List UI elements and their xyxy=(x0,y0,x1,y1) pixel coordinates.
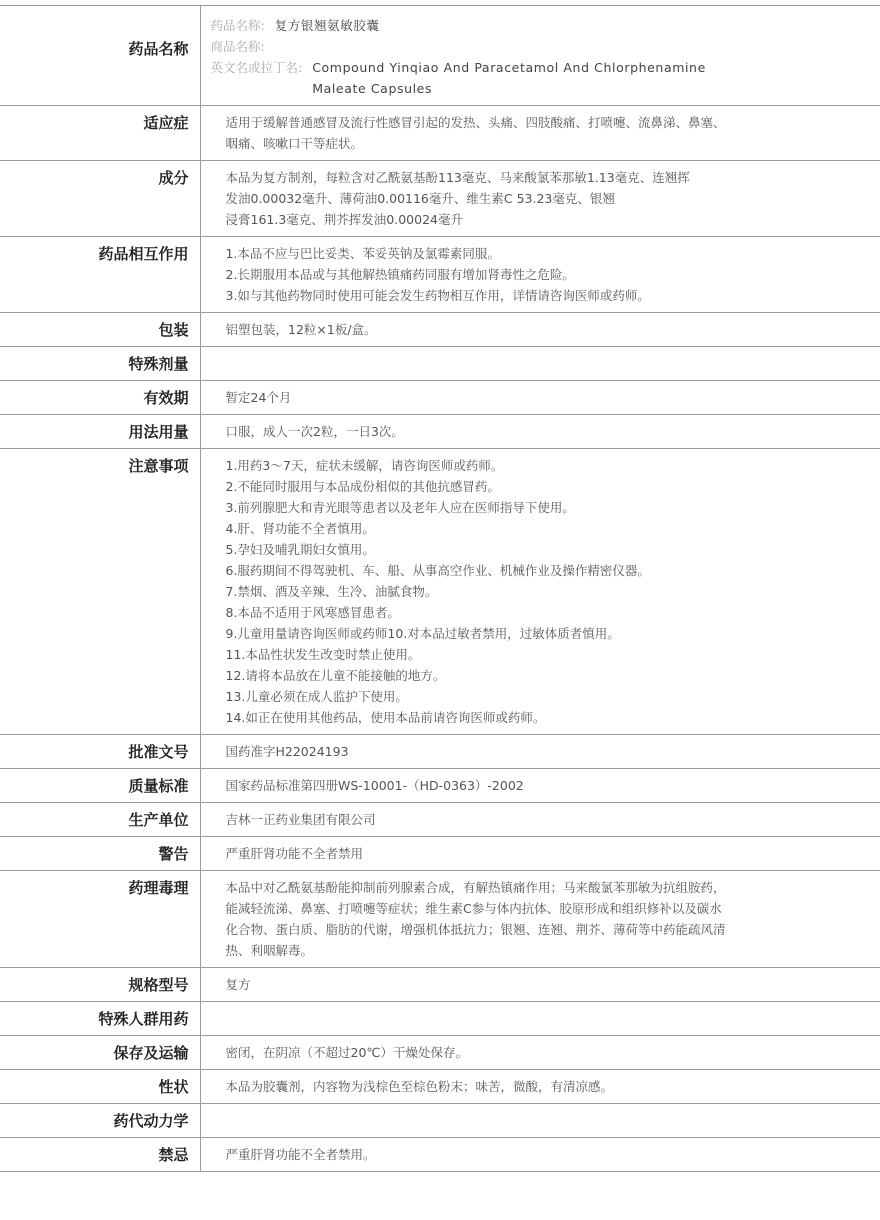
row-value: 1.本品不应与巴比妥类、苯妥英钠及氯霉素同服。2.长期服用本品或与其他解热镇痛药… xyxy=(200,237,880,313)
value-line: 咽痛、咳嗽口干等症状。 xyxy=(226,133,857,154)
row-label: 包装 xyxy=(0,313,200,347)
value-line: 口服，成人一次2粒，一日3次。 xyxy=(226,421,857,442)
table-row: 注意事项1.用药3～7天，症状未缓解，请咨询医师或药师。2.不能同时服用与本品成… xyxy=(0,449,880,735)
value-line: 8.本品不适用于风寒感冒患者。 xyxy=(226,602,857,623)
english-name-value: Compound Yinqiao And Paracetamol And Chl… xyxy=(302,57,732,99)
generic-name-value: 复方银翘氨敏胶囊 xyxy=(265,15,380,36)
trade-name-line: 商品名称: xyxy=(211,36,857,57)
row-label: 适应症 xyxy=(0,106,200,161)
row-label: 批准文号 xyxy=(0,735,200,769)
value-line: 6.服药期间不得驾驶机、车、船、从事高空作业、机械作业及操作精密仪器。 xyxy=(226,560,857,581)
table-row: 特殊人群用药 xyxy=(0,1002,880,1036)
table-row-drug-name: 药品名称 药品名称: 复方银翘氨敏胶囊 商品名称: 英文名或拉丁名: Compo… xyxy=(0,6,880,106)
table-row: 警告严重肝肾功能不全者禁用 xyxy=(0,837,880,871)
table-row: 用法用量口服，成人一次2粒，一日3次。 xyxy=(0,415,880,449)
row-label: 成分 xyxy=(0,161,200,237)
table-row: 性状本品为胶囊剂，内容物为浅棕色至棕色粉末；味苦，微酸，有清凉感。 xyxy=(0,1070,880,1104)
table-row: 质量标准国家药品标准第四册WS-10001-（HD-0363）-2002 xyxy=(0,769,880,803)
table-row: 保存及运输密闭，在阴凉（不超过20℃）干燥处保存。 xyxy=(0,1036,880,1070)
trade-name-key: 商品名称: xyxy=(211,36,265,57)
drug-spec-table: 药品名称 药品名称: 复方银翘氨敏胶囊 商品名称: 英文名或拉丁名: Compo… xyxy=(0,5,880,1172)
row-label: 用法用量 xyxy=(0,415,200,449)
value-line: 本品为复方制剂，每粒含对乙酰氨基酚113毫克、马来酸氯苯那敏1.13毫克、连翘挥 xyxy=(226,167,857,188)
value-line xyxy=(226,1008,857,1029)
row-value: 严重肝肾功能不全者禁用 xyxy=(200,837,880,871)
row-value xyxy=(200,1002,880,1036)
value-line: 国药准字H22024193 xyxy=(226,741,857,762)
row-value: 本品中对乙酰氨基酚能抑制前列腺素合成，有解热镇痛作用；马来酸氯苯那敏为抗组胺药，… xyxy=(200,871,880,968)
row-value: 铝塑包装，12粒×1板/盒。 xyxy=(200,313,880,347)
row-value: 国药准字H22024193 xyxy=(200,735,880,769)
value-line: 1.本品不应与巴比妥类、苯妥英钠及氯霉素同服。 xyxy=(226,243,857,264)
table-row: 特殊剂量 xyxy=(0,347,880,381)
row-value: 吉林一正药业集团有限公司 xyxy=(200,803,880,837)
value-line: 发油0.00032毫升、薄荷油0.00116毫升、维生素C 53.23毫克、银翘 xyxy=(226,188,857,209)
value-line: 2.长期服用本品或与其他解热镇痛药同服有增加肾毒性之危险。 xyxy=(226,264,857,285)
row-value xyxy=(200,347,880,381)
value-line: 3.如与其他药物同时使用可能会发生药物相互作用，详情请咨询医师或药师。 xyxy=(226,285,857,306)
row-value: 严重肝肾功能不全者禁用。 xyxy=(200,1138,880,1172)
value-line: 浸膏161.3毫克、荆芥挥发油0.00024毫升 xyxy=(226,209,857,230)
row-value: 国家药品标准第四册WS-10001-（HD-0363）-2002 xyxy=(200,769,880,803)
table-row: 有效期暂定24个月 xyxy=(0,381,880,415)
row-value: 适用于缓解普通感冒及流行性感冒引起的发热、头痛、四肢酸痛、打喷嚏、流鼻涕、鼻塞、… xyxy=(200,106,880,161)
table-row: 适应症适用于缓解普通感冒及流行性感冒引起的发热、头痛、四肢酸痛、打喷嚏、流鼻涕、… xyxy=(0,106,880,161)
table-row: 规格型号复方 xyxy=(0,968,880,1002)
value-line: 1.用药3～7天，症状未缓解，请咨询医师或药师。 xyxy=(226,455,857,476)
value-line: 本品为胶囊剂，内容物为浅棕色至棕色粉末；味苦，微酸，有清凉感。 xyxy=(226,1076,857,1097)
row-value: 本品为胶囊剂，内容物为浅棕色至棕色粉末；味苦，微酸，有清凉感。 xyxy=(200,1070,880,1104)
value-line: 2.不能同时服用与本品成份相似的其他抗感冒药。 xyxy=(226,476,857,497)
value-line: 14.如正在使用其他药品，使用本品前请咨询医师或药师。 xyxy=(226,707,857,728)
value-line: 严重肝肾功能不全者禁用 xyxy=(226,843,857,864)
value-line: 5.孕妇及哺乳期妇女慎用。 xyxy=(226,539,857,560)
value-line: 密闭，在阴凉（不超过20℃）干燥处保存。 xyxy=(226,1042,857,1063)
row-label: 药理毒理 xyxy=(0,871,200,968)
row-label: 药代动力学 xyxy=(0,1104,200,1138)
value-line: 3.前列腺肥大和青光眼等患者以及老年人应在医师指导下使用。 xyxy=(226,497,857,518)
generic-name-key: 药品名称: xyxy=(211,15,265,36)
value-line: 本品中对乙酰氨基酚能抑制前列腺素合成，有解热镇痛作用；马来酸氯苯那敏为抗组胺药， xyxy=(226,877,857,898)
english-name-key: 英文名或拉丁名: xyxy=(211,57,303,99)
row-value xyxy=(200,1104,880,1138)
value-line: 热、利咽解毒。 xyxy=(226,940,857,961)
value-line: 13.儿童必须在成人监护下使用。 xyxy=(226,686,857,707)
value-line: 严重肝肾功能不全者禁用。 xyxy=(226,1144,857,1165)
drug-info-page: 药品名称 药品名称: 复方银翘氨敏胶囊 商品名称: 英文名或拉丁名: Compo… xyxy=(0,0,880,1172)
table-row: 成分本品为复方制剂，每粒含对乙酰氨基酚113毫克、马来酸氯苯那敏1.13毫克、连… xyxy=(0,161,880,237)
value-line: 11.本品性状发生改变时禁止使用。 xyxy=(226,644,857,665)
row-label: 质量标准 xyxy=(0,769,200,803)
row-label: 特殊人群用药 xyxy=(0,1002,200,1036)
row-value: 1.用药3～7天，症状未缓解，请咨询医师或药师。2.不能同时服用与本品成份相似的… xyxy=(200,449,880,735)
row-label: 规格型号 xyxy=(0,968,200,1002)
english-name-line: 英文名或拉丁名: Compound Yinqiao And Paracetamo… xyxy=(211,57,857,99)
row-value: 暂定24个月 xyxy=(200,381,880,415)
value-line: 9.儿童用量请咨询医师或药师10.对本品过敏者禁用，过敏体质者慎用。 xyxy=(226,623,857,644)
row-label: 禁忌 xyxy=(0,1138,200,1172)
row-value: 口服，成人一次2粒，一日3次。 xyxy=(200,415,880,449)
value-line: 适用于缓解普通感冒及流行性感冒引起的发热、头痛、四肢酸痛、打喷嚏、流鼻涕、鼻塞、 xyxy=(226,112,857,133)
generic-name-line: 药品名称: 复方银翘氨敏胶囊 xyxy=(211,15,857,36)
table-row: 生产单位吉林一正药业集团有限公司 xyxy=(0,803,880,837)
row-value: 复方 xyxy=(200,968,880,1002)
row-label: 特殊剂量 xyxy=(0,347,200,381)
value-line: 铝塑包装，12粒×1板/盒。 xyxy=(226,319,857,340)
value-line: 吉林一正药业集团有限公司 xyxy=(226,809,857,830)
value-line xyxy=(226,353,857,374)
row-label: 生产单位 xyxy=(0,803,200,837)
trade-name-value xyxy=(265,36,275,57)
value-line: 复方 xyxy=(226,974,857,995)
row-label: 性状 xyxy=(0,1070,200,1104)
table-row: 药代动力学 xyxy=(0,1104,880,1138)
table-row: 药理毒理本品中对乙酰氨基酚能抑制前列腺素合成，有解热镇痛作用；马来酸氯苯那敏为抗… xyxy=(0,871,880,968)
row-label: 药品名称 xyxy=(0,6,200,106)
row-label: 注意事项 xyxy=(0,449,200,735)
table-row: 药品相互作用1.本品不应与巴比妥类、苯妥英钠及氯霉素同服。2.长期服用本品或与其… xyxy=(0,237,880,313)
drug-name-cell: 药品名称: 复方银翘氨敏胶囊 商品名称: 英文名或拉丁名: Compound Y… xyxy=(200,6,880,106)
value-line: 暂定24个月 xyxy=(226,387,857,408)
value-line: 化合物、蛋白质、脂肪的代谢，增强机体抵抗力；银翘、连翘、荆芥、薄荷等中药能疏风清 xyxy=(226,919,857,940)
value-line: 7.禁烟、酒及辛辣、生冷、油腻食物。 xyxy=(226,581,857,602)
row-value: 密闭，在阴凉（不超过20℃）干燥处保存。 xyxy=(200,1036,880,1070)
value-line: 能减轻流涕、鼻塞、打喷嚏等症状；维生素C参与体内抗体、胶原形成和组织修补以及碳水 xyxy=(226,898,857,919)
value-line xyxy=(226,1110,857,1131)
table-row: 禁忌严重肝肾功能不全者禁用。 xyxy=(0,1138,880,1172)
row-value: 本品为复方制剂，每粒含对乙酰氨基酚113毫克、马来酸氯苯那敏1.13毫克、连翘挥… xyxy=(200,161,880,237)
row-label: 药品相互作用 xyxy=(0,237,200,313)
table-row: 包装铝塑包装，12粒×1板/盒。 xyxy=(0,313,880,347)
value-line: 国家药品标准第四册WS-10001-（HD-0363）-2002 xyxy=(226,775,857,796)
row-label: 警告 xyxy=(0,837,200,871)
row-label: 有效期 xyxy=(0,381,200,415)
row-label: 保存及运输 xyxy=(0,1036,200,1070)
table-row: 批准文号国药准字H22024193 xyxy=(0,735,880,769)
value-line: 4.肝、肾功能不全者慎用。 xyxy=(226,518,857,539)
value-line: 12.请将本品放在儿童不能接触的地方。 xyxy=(226,665,857,686)
